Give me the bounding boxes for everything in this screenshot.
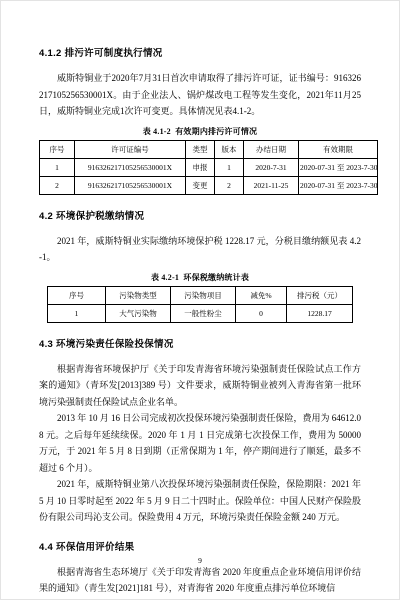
- col-header-tax-amount: 排污税（元）: [287, 286, 353, 304]
- col-header-validity: 有效期限: [299, 140, 378, 158]
- cell-type: 申报: [186, 158, 215, 176]
- tax-table: 序号 污染物类型 污染物项目 减免% 排污税（元） 1 大气污染物 一般性粉尘 …: [47, 286, 353, 323]
- paragraph-insurance-2021: 2021 年，威斯特铜业第八次投保环境污染强制责任保险，保险期限：2021 年 …: [39, 476, 361, 526]
- cell-license-no: 916326217105256530001X: [75, 176, 186, 194]
- cell-version: 2: [215, 176, 244, 194]
- paragraph-credit-rating: 根据青海省生态环境厅《关于印发青海省 2020 年度重点企业环境信用评价结果的通…: [39, 564, 361, 597]
- cell-validity: 2020-07-31 至 2023-7-30: [299, 158, 378, 176]
- cell-index: 2: [40, 176, 75, 194]
- table-caption-4-1-2: 表 4.1-2 有效期内排污许可情况: [39, 126, 361, 137]
- table-row: 1 916326217105256530001X 申报 1 2020-7-31 …: [40, 158, 378, 176]
- col-header-license-no: 许可证编号: [75, 140, 186, 158]
- paragraph-insurance-history: 2013 年 10 月 16 日公司完成初次投保环境污染强制责任保险，费用为 6…: [39, 410, 361, 476]
- col-header-date: 办结日期: [244, 140, 299, 158]
- col-header-version: 版本: [215, 140, 244, 158]
- section-heading-4-1-2: 4.1.2 排污许可制度执行情况: [39, 45, 361, 59]
- col-header-type: 类型: [186, 140, 215, 158]
- section-heading-4-4: 4.4 环保信用评价结果: [39, 539, 361, 553]
- cell-index: 1: [48, 304, 106, 322]
- cell-date: 2020-7-31: [244, 158, 299, 176]
- paragraph-tax: 2021 年，威斯特铜业实际缴纳环境保护税 1228.17 元，分税目缴纳额见表…: [39, 233, 361, 266]
- col-header-pollutant-type: 污染物类型: [106, 286, 171, 304]
- cell-tax-amount: 1228.17: [287, 304, 353, 322]
- cell-type: 变更: [186, 176, 215, 194]
- table-row: 2 916326217105256530001X 变更 2 2021-11-25…: [40, 176, 378, 194]
- table-row: 1 大气污染物 一般性粉尘 0 1228.17: [48, 304, 353, 322]
- cell-validity: 2020-07-31 至 2023-7-30: [299, 176, 378, 194]
- col-header-reduction: 减免%: [236, 286, 287, 304]
- table-header-row: 序号 许可证编号 类型 版本 办结日期 有效期限: [40, 140, 378, 158]
- table-header-row: 序号 污染物类型 污染物项目 减免% 排污税（元）: [48, 286, 353, 304]
- col-header-index: 序号: [40, 140, 75, 158]
- cell-version: 1: [215, 158, 244, 176]
- section-heading-4-3: 4.3 环境污染责任保险投保情况: [39, 336, 361, 350]
- page-number: 9: [1, 556, 399, 565]
- cell-pollutant-type: 大气污染物: [106, 304, 171, 322]
- col-header-index: 序号: [48, 286, 106, 304]
- cell-reduction: 0: [236, 304, 287, 322]
- paragraph-insurance-policy: 根据青海省环境保护厅《关于印发青海省环境污染强制责任保险试点工作方案的通知》（青…: [39, 361, 361, 411]
- cell-license-no: 916326217105256530001X: [75, 158, 186, 176]
- cell-date: 2021-11-25: [244, 176, 299, 194]
- document-page: 4.1.2 排污许可制度执行情况 威斯特铜业于2020年7月31日首次申请取得了…: [0, 0, 400, 600]
- table-caption-4-2-1: 表 4.2-1 环保税缴纳统计表: [39, 272, 361, 283]
- section-heading-4-2: 4.2 环境保护税缴纳情况: [39, 208, 361, 222]
- cell-index: 1: [40, 158, 75, 176]
- col-header-pollutant-item: 污染物项目: [171, 286, 236, 304]
- permit-table: 序号 许可证编号 类型 版本 办结日期 有效期限 1 9163262171052…: [39, 140, 378, 195]
- paragraph-permit-intro: 威斯特铜业于2020年7月31日首次申请取得了排污许可证，证书编号：916326…: [39, 70, 361, 120]
- cell-pollutant-item: 一般性粉尘: [171, 304, 236, 322]
